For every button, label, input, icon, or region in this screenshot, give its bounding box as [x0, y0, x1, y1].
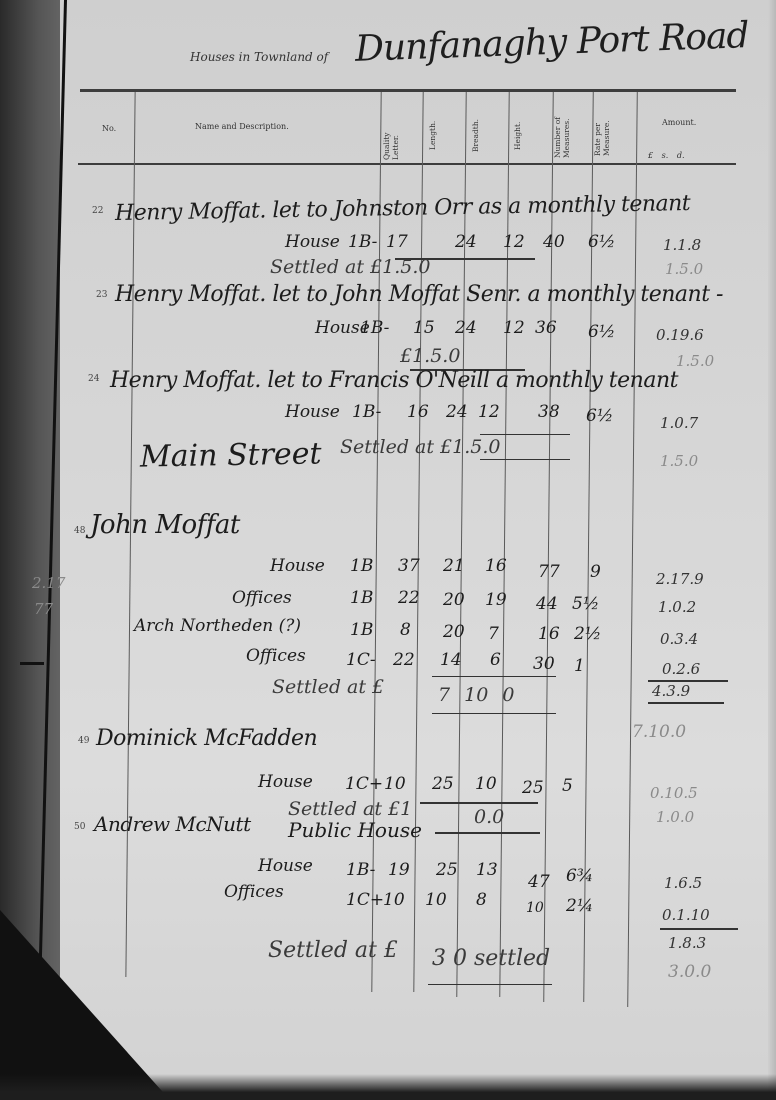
row-measures: 36 [535, 318, 557, 338]
row-amount: 0.10.5 [650, 784, 698, 802]
entry-name: John Moffat [90, 510, 240, 540]
row-breadth: 20 [443, 590, 465, 610]
row-breadth: 14 [440, 650, 462, 670]
row-length: 10 [383, 890, 405, 910]
row-rate: 1 [574, 656, 585, 676]
row-amount: 0.3.4 [660, 630, 698, 648]
row-desc: House [285, 402, 340, 422]
header-amount: Amount. [662, 118, 696, 127]
row-length: 15 [413, 318, 435, 338]
entry-total: 4.3.9 [652, 682, 690, 700]
header-measures: Number ofMeasures. [553, 117, 571, 158]
entry-number: 22 [92, 206, 103, 216]
settled-side-amount: 1.0.0 [656, 808, 694, 826]
row-measures: 47 [528, 872, 550, 892]
row-measures: 16 [538, 624, 560, 644]
row-measures: 30 [533, 654, 555, 674]
row-breadth: 20 [443, 622, 465, 642]
entry-name-extra: Public House [288, 818, 422, 842]
settled-note: Settled at £1.5.0 [270, 256, 431, 278]
binding-tick [20, 662, 44, 665]
row-breadth: 24 [455, 318, 477, 338]
settled-value: 3 0 settled [432, 946, 550, 971]
row-desc: House [258, 856, 313, 876]
entry-number: 24 [88, 374, 99, 384]
row-height: 8 [476, 890, 487, 910]
row-amount: 1.1.8 [663, 236, 701, 254]
row-quality: 1B- [352, 402, 381, 422]
row-rate: 2½ [574, 624, 601, 644]
row-breadth: 25 [432, 774, 454, 794]
settled-side-amount: 3.0.0 [668, 962, 711, 982]
underline [420, 802, 538, 804]
row-length: 17 [386, 232, 408, 252]
row-amount: 0.19.6 [656, 326, 704, 344]
settled-note: £1.5.0 [400, 345, 460, 367]
settled-value: 0.0 [474, 806, 504, 828]
settled-note: Settled at £ [268, 938, 398, 963]
page-right-edge [768, 0, 776, 1100]
row-length: 8 [400, 620, 411, 640]
row-height: 19 [485, 590, 507, 610]
settled-side-amount: 1.5.0 [676, 352, 714, 370]
header-name: Name and Description. [195, 122, 289, 131]
row-desc: House [270, 556, 325, 576]
row-measures: 77 [538, 562, 560, 582]
row-height: 12 [478, 402, 500, 422]
settled-side-amount: 7.10.0 [632, 722, 686, 742]
entry-name: Henry Moffat. let to Francis O'Neill a m… [110, 368, 678, 393]
row-height: 10 [475, 774, 497, 794]
row-measures: 40 [543, 232, 565, 252]
row-quality: 1B [350, 556, 373, 576]
row-rate: 6½ [586, 406, 613, 426]
row-measures: 10 [526, 900, 544, 916]
row-length: 22 [398, 588, 420, 608]
row-rate: 5 [562, 776, 573, 796]
header-breadth: Breadth. [471, 119, 480, 152]
row-length: 37 [398, 556, 420, 576]
row-quality: 1B- [360, 318, 389, 338]
row-breadth: 24 [446, 402, 468, 422]
header-length: Length. [428, 121, 437, 150]
row-breadth: 21 [443, 556, 465, 576]
row-breadth: 24 [455, 232, 477, 252]
row-amount: 1.0.7 [660, 414, 698, 432]
header-no: No. [102, 124, 116, 133]
row-desc: Offices [232, 588, 292, 608]
row-height: 6 [490, 650, 501, 670]
underline [435, 832, 540, 834]
header-height: Height. [513, 122, 522, 150]
section-heading: Main Street [140, 436, 322, 474]
row-quality: 1B- [346, 860, 375, 880]
row-measures: 38 [538, 402, 560, 422]
row-amount: 1.0.2 [658, 598, 696, 616]
row-height: 13 [476, 860, 498, 880]
entry-number: 49 [78, 736, 89, 746]
entry-name: Dominick McFadden [96, 726, 317, 751]
row-breadth: 25 [436, 860, 458, 880]
total-underline [648, 702, 724, 704]
header-rate: Rate perMeasure. [593, 120, 611, 156]
settled-note: Settled at £1 [288, 798, 412, 820]
entry-number: 48 [74, 526, 85, 536]
row-desc: Arch Northeden (?) [134, 616, 301, 636]
row-length: 22 [393, 650, 415, 670]
row-rate: 2¼ [566, 896, 593, 916]
row-quality: 1B [350, 588, 373, 608]
margin-note: 77 [34, 600, 53, 618]
settled-note: Settled at £ [272, 676, 384, 698]
margin-note: 2.17 [32, 574, 65, 592]
settled-note: Settled at £1.5.0 [340, 436, 501, 458]
entry-number: 23 [96, 290, 107, 300]
row-desc: House [285, 232, 340, 252]
row-rate: 5½ [572, 594, 599, 614]
entry-total: 1.8.3 [668, 934, 706, 952]
row-height: 16 [485, 556, 507, 576]
row-quality: 1C+ [346, 890, 384, 910]
printed-title: Houses in Townland of [190, 50, 328, 64]
entry-name: Andrew McNutt [94, 812, 251, 836]
header-amount-units: £ s. d. [648, 151, 685, 160]
row-desc: Offices [224, 882, 284, 902]
row-amount: 2.17.9 [656, 570, 704, 588]
row-quality: 1B [350, 620, 373, 640]
row-rate: 6½ [588, 232, 615, 252]
row-rate: 6¾ [566, 866, 593, 886]
row-desc: House [258, 772, 313, 792]
settled-value: 7 10 0 [438, 684, 514, 706]
row-height: 7 [488, 624, 499, 644]
row-length: 16 [407, 402, 429, 422]
row-height: 12 [503, 318, 525, 338]
row-rate: 6½ [588, 322, 615, 342]
corner-shadow [0, 910, 170, 1100]
settled-side-amount: 1.5.0 [660, 452, 698, 470]
header-quality: QualityLetter. [382, 133, 400, 161]
total-rule [660, 928, 738, 930]
row-height: 12 [503, 232, 525, 252]
row-measures: 25 [522, 778, 544, 798]
entry-number: 50 [74, 822, 85, 832]
row-measures: 44 [536, 594, 558, 614]
row-quality: 1B- [348, 232, 377, 252]
row-length: 10 [384, 774, 406, 794]
row-amount: 0.2.6 [662, 660, 700, 678]
row-amount: 0.1.10 [662, 906, 710, 924]
row-desc: Offices [246, 646, 306, 666]
row-quality: 1C- [346, 650, 376, 670]
settled-side-amount: 1.5.0 [665, 260, 703, 278]
row-amount: 1.6.5 [664, 874, 702, 892]
row-rate: 9 [590, 562, 601, 582]
row-quality: 1C+ [345, 774, 383, 794]
entry-name: Henry Moffat. let to John Moffat Senr. a… [115, 282, 723, 307]
row-length: 19 [388, 860, 410, 880]
row-breadth: 10 [425, 890, 447, 910]
header-bottom-rule [78, 163, 736, 165]
bottom-shadow [0, 1074, 776, 1100]
